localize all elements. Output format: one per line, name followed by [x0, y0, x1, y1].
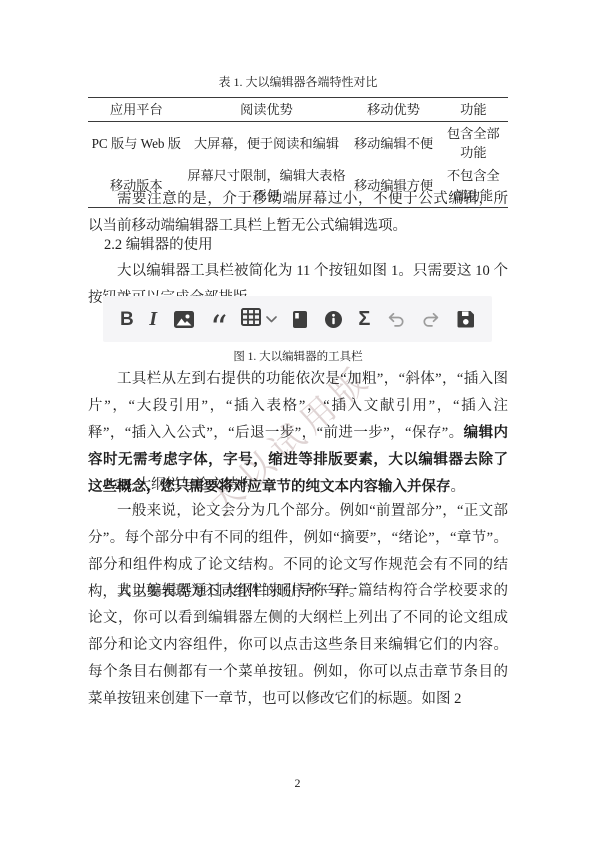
heading-2-2-1: 2.2.1 大纲栏与论文结构	[88, 472, 508, 499]
block-quote-icon: “	[210, 307, 225, 331]
table-caption: 表 1. 大以编辑器各端特性对比	[88, 74, 508, 90]
table-cell: PC 版与 Web 版	[88, 122, 185, 165]
figure-toolbar-image: B I “	[103, 296, 492, 342]
functions-list-text: 工具栏从左到右提供的功能依次是“加粗”，“斜体”，“插入图片”，“大段引用”，“…	[88, 371, 508, 441]
page-number: 2	[0, 776, 595, 791]
table-header-cell: 功能	[439, 98, 508, 122]
note-info-icon	[324, 307, 343, 331]
table-header-cell: 应用平台	[88, 98, 185, 122]
formula-sigma-icon: Σ	[358, 307, 370, 331]
table-cell: 大屏幕，便于阅读和编辑	[185, 122, 349, 165]
save-icon	[457, 307, 475, 331]
table-chevron-down-icon	[266, 310, 277, 328]
bold-icon: B	[120, 307, 134, 331]
table-header-cell: 移动优势	[348, 98, 438, 122]
paragraph-outline: 大以编辑器通过大纲栏来引导你写一篇结构符合学校要求的论文，你可以看到编辑器左侧的…	[88, 578, 508, 713]
undo-icon	[386, 307, 406, 331]
table-cell: 包含全部功能	[439, 122, 508, 165]
figure-caption: 图 1. 大以编辑器的工具栏	[88, 349, 508, 365]
insert-image-icon	[173, 307, 195, 331]
table-cell: 移动编辑不便	[348, 122, 438, 165]
redo-icon	[421, 307, 441, 331]
italic-icon: I	[149, 307, 157, 331]
heading-2-2: 2.2 编辑器的使用	[88, 232, 508, 259]
table-header-cell: 阅读优势	[185, 98, 349, 122]
table-row: PC 版与 Web 版 大屏幕，便于阅读和编辑 移动编辑不便 包含全部功能	[88, 122, 508, 165]
document-page: 大以试用版 表 1. 大以编辑器各端特性对比 应用平台 阅读优势 移动优势 功能…	[0, 0, 595, 842]
citation-book-icon	[292, 307, 308, 331]
insert-table-group	[241, 307, 277, 331]
table-header-row: 应用平台 阅读优势 移动优势 功能	[88, 98, 508, 122]
insert-table-icon	[241, 308, 261, 331]
